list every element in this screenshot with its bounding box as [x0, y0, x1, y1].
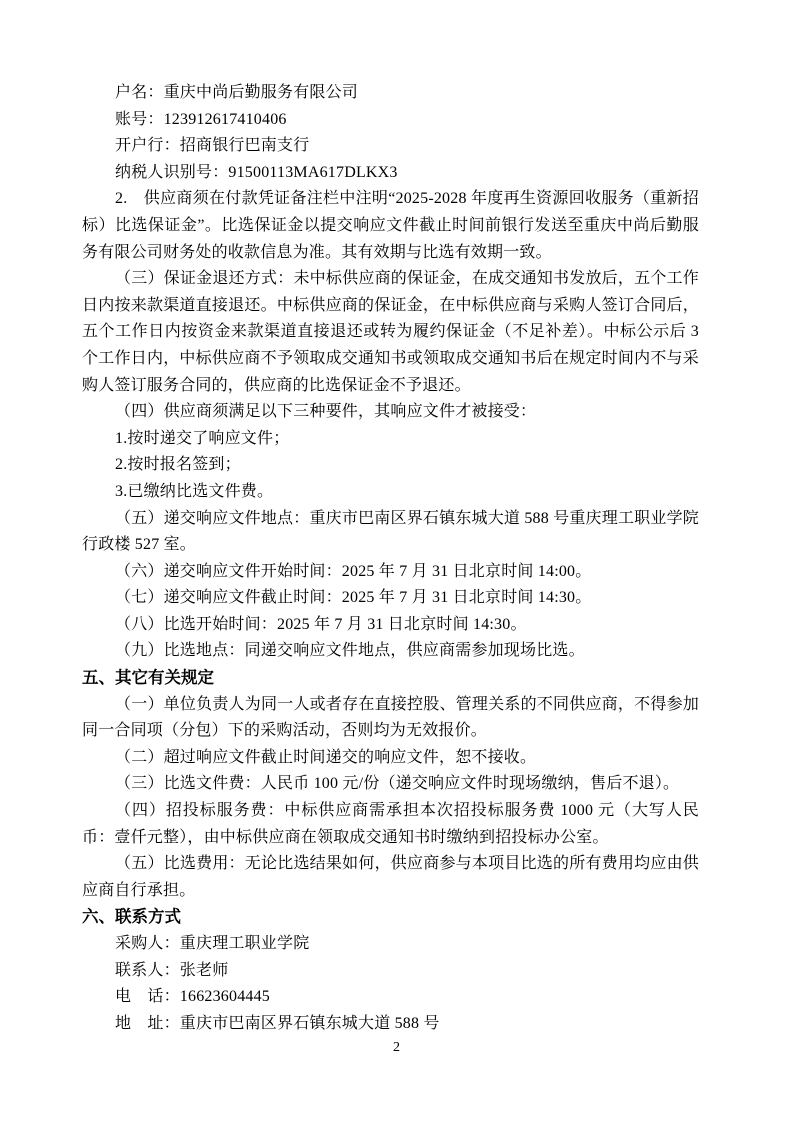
- account-number-line: 账号：123912617410406: [82, 107, 699, 134]
- section-5-heading: 五、其它有关规定: [82, 665, 699, 692]
- rule-1-paragraph: （一）单位负责人为同一人或者存在直接控股、管理关系的不同供应商，不得参加同一合同…: [82, 692, 699, 745]
- rule-4-paragraph: （四）招投标服务费：中标供应商需承担本次招投标服务费 1000 元（大写人民币：…: [82, 798, 699, 851]
- bixuan-start-time-paragraph: （八）比选开始时间：2025 年 7 月 31 日北京时间 14:30。: [82, 612, 699, 639]
- taxpayer-id-line: 纳税人识别号：91500113MA617DLKX3: [82, 160, 699, 187]
- requirement-item-1: 1.按时递交了响应文件；: [82, 426, 699, 453]
- submission-start-time-paragraph: （六）递交响应文件开始时间：2025 年 7 月 31 日北京时间 14:00。: [82, 559, 699, 586]
- document-body: 户名：重庆中尚后勤服务有限公司 账号：123912617410406 开户行：招…: [82, 80, 699, 1037]
- contact-phone-line: 电 话：16623604445: [82, 984, 699, 1011]
- deposit-refund-paragraph: （三）保证金退还方式：未中标供应商的保证金，在成交通知书发放后，五个工作日内按来…: [82, 266, 699, 399]
- account-holder-line: 户名：重庆中尚后勤服务有限公司: [82, 80, 699, 107]
- rule-2-paragraph: （二）超过响应文件截止时间递交的响应文件，恕不接收。: [82, 745, 699, 772]
- bank-branch-line: 开户行：招商银行巴南支行: [82, 133, 699, 160]
- contact-address-line: 地 址：重庆市巴南区界石镇东城大道 588 号: [82, 1011, 699, 1038]
- requirements-intro-paragraph: （四）供应商须满足以下三种要件，其响应文件才被接受：: [82, 399, 699, 426]
- bixuan-location-paragraph: （九）比选地点：同递交响应文件地点，供应商需参加现场比选。: [82, 638, 699, 665]
- rule-5-paragraph: （五）比选费用：无论比选结果如何，供应商参与本项目比选的所有费用均应由供应商自行…: [82, 851, 699, 904]
- contact-purchaser-line: 采购人：重庆理工职业学院: [82, 931, 699, 958]
- document-page: 户名：重庆中尚后勤服务有限公司 账号：123912617410406 开户行：招…: [0, 0, 793, 1122]
- deposit-remark-paragraph: 2. 供应商须在付款凭证备注栏中注明“2025-2028 年度再生资源回收服务（…: [82, 186, 699, 266]
- submission-deadline-paragraph: （七）递交响应文件截止时间：2025 年 7 月 31 日北京时间 14:30。: [82, 585, 699, 612]
- submission-location-paragraph: （五）递交响应文件地点：重庆市巴南区界石镇东城大道 588 号重庆理工职业学院行…: [82, 506, 699, 559]
- page-number: 2: [0, 1038, 793, 1058]
- contact-person-line: 联系人：张老师: [82, 958, 699, 985]
- section-6-heading: 六、联系方式: [82, 904, 699, 931]
- requirement-item-3: 3.已缴纳比选文件费。: [82, 479, 699, 506]
- rule-3-paragraph: （三）比选文件费：人民币 100 元/份（递交响应文件时现场缴纳，售后不退）。: [82, 771, 699, 798]
- requirement-item-2: 2.按时报名签到；: [82, 452, 699, 479]
